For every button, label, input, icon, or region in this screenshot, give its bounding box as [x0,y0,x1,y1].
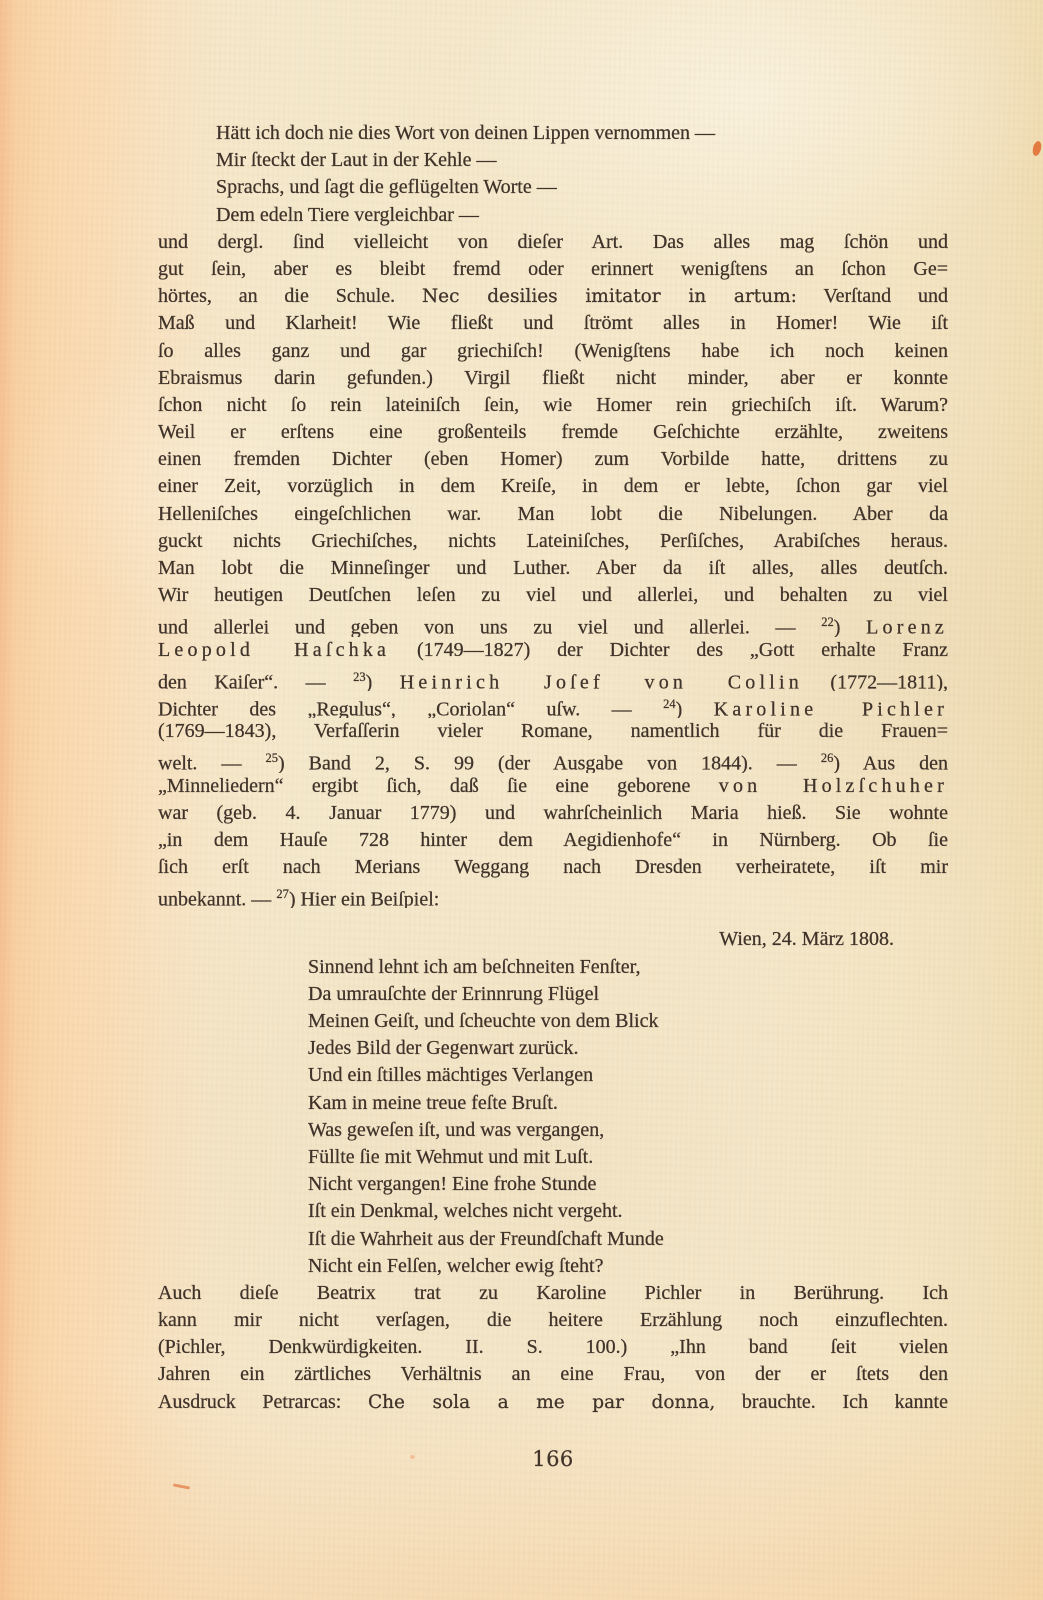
text-line: Iſt die Wahrheit aus der Freundſchaft Mu… [308,1226,948,1253]
text-line: hörtes, an die Schule. Nec desilies imit… [158,283,948,310]
text-line: Nicht ein Felſen, welcher ewig ſteht? [308,1253,948,1280]
text-segment: Und ein ſtilles mächtiges Verlangen [308,1064,593,1086]
text-segment: Dem edeln Tiere vergleichbar — [216,204,479,226]
text-line: Wir heutigen Deutſchen leſen zu viel und… [158,582,948,609]
poem: Sinnend lehnt ich am beſchneiten Fenſter… [158,954,948,1280]
text-line: Was geweſen iſt, und was vergangen, [308,1117,948,1144]
text-segment: Dichter des „Regulus“, „Coriolan“ uſw. — [158,698,663,718]
text-segment: ) [834,617,866,637]
text-segment: Nicht vergangen! Eine frohe Stunde [308,1173,596,1195]
text-segment: brauchte. Ich kannte [715,1391,948,1413]
text-line: Kam in meine treue feſte Bruſt. [308,1090,948,1117]
text-line: einer Zeit, vorzüglich in dem Kreiſe, in… [158,473,948,500]
text-segment: (1772—1811), [803,671,948,691]
opening-verse: Hätt ich doch nie dies Wort von deinen L… [158,120,948,229]
text-segment: Sprachs, und ſagt die geflügelten Worte … [216,176,557,198]
text-line: Nicht vergangen! Eine frohe Stunde [308,1171,948,1198]
text-segment: Da umrauſchte der Erinnrung Flügel [308,983,599,1005]
text-segment: Jedes Bild der Gegenwart zurück. [308,1037,578,1059]
text-segment: Wir heutigen Deutſchen leſen zu viel und… [158,584,948,606]
text-segment: welt. — [158,753,265,773]
text-line: guckt nichts Griechiſches, nichts Latein… [158,528,948,555]
text-line: Iſt ein Denkmal, welches nicht vergeht. [308,1198,948,1225]
text-segment: ) Hier ein Beiſpiel: [289,889,440,909]
text-segment: Weil er erſtens eine großenteils fremde … [158,421,948,443]
text-segment: ) [366,671,400,691]
text-segment: Ebraismus darin gefunden.) Virgil fließt… [158,367,948,389]
text-segment: Was geweſen iſt, und was vergangen, [308,1119,604,1141]
text-segment: ) Aus den [833,753,948,773]
text-line: Dem edeln Tiere vergleichbar — [216,202,948,229]
text-line: Füllte ſie mit Wehmut und mit Luſt. [308,1144,948,1171]
text-line: (1769—1843), Verfaſſerin vieler Romane, … [158,718,948,745]
main-paragraph: und dergl. ſind vielleicht von dieſer Ar… [158,229,948,909]
text-line: war (geb. 4. Januar 1779) und wahrſchein… [158,800,948,827]
text-segment: ) Band 2, S. 99 (der Ausgabe von 1844). … [278,753,821,773]
text-segment: gut ſein, aber es bleibt fremd oder erin… [158,258,948,280]
page-number: 166 [158,1446,948,1473]
text-line: einen fremden Dichter (eben Homer) zum V… [158,446,948,473]
footnote-number: 25 [265,751,278,765]
text-segment: hörtes, an die Schule. [158,285,422,307]
text-line: Leopold Haſchka (1749—1827) der Dichter … [158,637,948,664]
text-line: (Pichler, Denkwürdigkeiten. II. S. 100.)… [158,1334,948,1361]
text-segment: Lorenz [866,617,948,637]
text-line: Hätt ich doch nie dies Wort von deinen L… [216,120,948,147]
ink-speck-bottom-left [173,1483,190,1489]
footnote-number: 27 [276,887,289,901]
text-segment: und allerlei und geben von uns zu viel u… [158,617,821,637]
text-segment: kann mir nicht verſagen, die heitere Erz… [158,1309,948,1331]
text-line: „in dem Hauſe 728 hinter dem Aegidienhof… [158,827,948,854]
footnote-number: 24 [663,697,676,711]
text-segment: Man lobt die Minneſinger und Luther. Abe… [158,557,948,579]
text-segment: ) [676,698,714,718]
text-segment: unbekannt. — [158,889,276,909]
text-segment: Karoline Pichler [714,698,948,718]
text-line: Da umrauſchte der Erinnrung Flügel [308,981,948,1008]
text-line: ſchon nicht ſo rein lateiniſch ſein, wie… [158,392,948,419]
text-segment: „Minneliedern“ ergibt ſich, daß ſie eine… [158,775,719,797]
text-segment: den Kaiſer“. — [158,671,353,691]
text-segment: ſchon nicht ſo rein lateiniſch ſein, wie… [158,394,948,416]
text-line: Sprachs, und ſagt die geflügelten Worte … [216,174,948,201]
text-line: Mir ſteckt der Laut in der Kehle — [216,147,948,174]
footnote-number: 26 [821,751,834,765]
text-segment: Iſt die Wahrheit aus der Freundſchaft Mu… [308,1228,664,1250]
text-segment: Sinnend lehnt ich am beſchneiten Fenſter… [308,956,640,978]
text-line: Dichter des „Regulus“, „Coriolan“ uſw. —… [158,691,948,718]
text-segment: Nec desilies imitator in artum: [422,286,797,307]
text-line: Maß und Klarheit! Wie fließt und ſtrömt … [158,310,948,337]
text-line: gut ſein, aber es bleibt fremd oder erin… [158,256,948,283]
text-segment: Leopold Haſchka [158,639,390,661]
text-segment: Hätt ich doch nie dies Wort von deinen L… [216,122,715,144]
text-line: und allerlei und geben von uns zu viel u… [158,609,948,636]
text-segment: „in dem Hauſe 728 hinter dem Aegidienhof… [158,829,948,851]
text-line: kann mir nicht verſagen, die heitere Erz… [158,1307,948,1334]
text-segment: Kam in meine treue feſte Bruſt. [308,1092,558,1114]
text-column: Hätt ich doch nie dies Wort von deinen L… [158,120,948,1473]
book-page-scan: Hätt ich doch nie dies Wort von deinen L… [0,0,1043,1600]
text-segment: Auch dieſe Beatrix trat zu Karoline Pich… [158,1282,948,1304]
text-line: Ausdruck Petrarcas: Che sola a me par do… [158,1389,948,1416]
text-segment: einen fremden Dichter (eben Homer) zum V… [158,448,948,470]
text-segment: ſo alles ganz und gar griechiſch! (Wenig… [158,340,948,362]
text-line: welt. — 25) Band 2, S. 99 (der Ausgabe v… [158,745,948,772]
closing-paragraph: Auch dieſe Beatrix trat zu Karoline Pich… [158,1280,948,1416]
text-segment: (1769—1843), Verfaſſerin vieler Romane, … [158,720,948,742]
text-line: ſo alles ganz und gar griechiſch! (Wenig… [158,338,948,365]
ink-speck-top-right [1031,140,1042,156]
text-line: den Kaiſer“. — 23) Heinrich Joſef von Co… [158,664,948,691]
text-segment: Füllte ſie mit Wehmut und mit Luſt. [308,1146,593,1168]
footnote-number: 23 [353,670,366,684]
text-line: und dergl. ſind vielleicht von dieſer Ar… [158,229,948,256]
text-segment: (1749—1827) der Dichter des „Gott erhalt… [390,639,948,661]
text-line: Jedes Bild der Gegenwart zurück. [308,1035,948,1062]
footnote-number: 22 [821,615,834,629]
text-segment: guckt nichts Griechiſches, nichts Latein… [158,530,948,552]
text-segment: von Holzſchuher [719,775,948,797]
text-segment: Helleniſches eingeſchlichen war. Man lob… [158,503,948,525]
text-line: ſich erſt nach Merians Weggang nach Dres… [158,854,948,881]
text-line: Sinnend lehnt ich am beſchneiten Fenſter… [308,954,948,981]
text-segment: Iſt ein Denkmal, welches nicht vergeht. [308,1200,623,1222]
text-segment: einer Zeit, vorzüglich in dem Kreiſe, in… [158,475,948,497]
text-segment: Ausdruck Petrarcas: [158,1391,368,1413]
text-segment: Che sola a me par donna, [368,1392,715,1413]
text-line: „Minneliedern“ ergibt ſich, daß ſie eine… [158,773,948,800]
text-segment: Jahren ein zärtliches Verhältnis an eine… [158,1363,948,1385]
text-segment: Nicht ein Felſen, welcher ewig ſteht? [308,1255,603,1277]
text-segment: war (geb. 4. Januar 1779) und wahrſchein… [158,802,948,824]
text-segment: Meinen Geiſt, und ſcheuchte von dem Blic… [308,1010,658,1032]
text-line: Helleniſches eingeſchlichen war. Man lob… [158,501,948,528]
text-line: unbekannt. — 27) Hier ein Beiſpiel: [158,881,948,908]
text-line: Und ein ſtilles mächtiges Verlangen [308,1062,948,1089]
text-segment: und dergl. ſind vielleicht von dieſer Ar… [158,231,948,253]
dateline: Wien, 24. März 1808. [158,926,948,953]
text-segment: ſich erſt nach Merians Weggang nach Dres… [158,856,948,878]
text-segment: Heinrich Joſef von Collin [400,671,803,691]
text-line: Man lobt die Minneſinger und Luther. Abe… [158,555,948,582]
text-line: Ebraismus darin gefunden.) Virgil fließt… [158,365,948,392]
text-segment: Mir ſteckt der Laut in der Kehle — [216,149,496,171]
text-segment: Maß und Klarheit! Wie fließt und ſtrömt … [158,312,948,334]
text-line: Jahren ein zärtliches Verhältnis an eine… [158,1361,948,1388]
text-segment: (Pichler, Denkwürdigkeiten. II. S. 100.)… [158,1336,948,1358]
paper-stain [410,1455,415,1459]
text-line: Meinen Geiſt, und ſcheuchte von dem Blic… [308,1008,948,1035]
text-line: Auch dieſe Beatrix trat zu Karoline Pich… [158,1280,948,1307]
text-segment: Verſtand und [797,285,948,307]
text-line: Weil er erſtens eine großenteils fremde … [158,419,948,446]
